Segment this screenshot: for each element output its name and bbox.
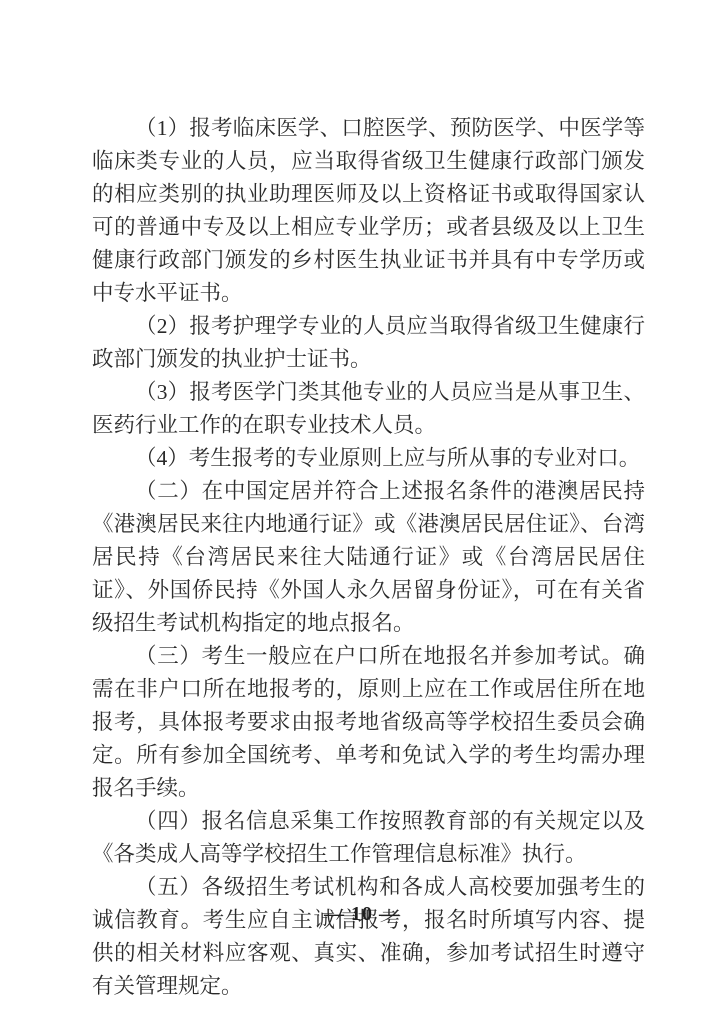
paragraph-item-1: （1）报考临床医学、口腔医学、预防医学、中医学等临床类专业的人员，应当取得省级卫… (92, 112, 645, 310)
document-body: （1）报考临床医学、口腔医学、预防医学、中医学等临床类专业的人员，应当取得省级卫… (92, 112, 645, 1003)
paragraph-section-2: （二）在中国定居并符合上述报名条件的港澳居民持《港澳居民来往内地通行证》或《港澳… (92, 475, 645, 640)
document-page: （1）报考临床医学、口腔医学、预防医学、中医学等临床类专业的人员，应当取得省级卫… (0, 0, 724, 1024)
page-number: — 10 — (0, 900, 724, 928)
paragraph-item-2: （2）报考护理学专业的人员应当取得省级卫生健康行政部门颁发的执业护士证书。 (92, 310, 645, 376)
paragraph-section-5: （五）各级招生考试机构和各成人高校要加强考生的诚信教育。考生应自主诚信报考，报名… (92, 871, 645, 1003)
paragraph-item-4: （4）考生报考的专业原则上应与所从事的专业对口。 (92, 442, 645, 475)
paragraph-section-3: （三）考生一般应在户口所在地报名并参加考试。确需在非户口所在地报考的，原则上应在… (92, 640, 645, 805)
paragraph-section-4: （四）报名信息采集工作按照教育部的有关规定以及《各类成人高等学校招生工作管理信息… (92, 805, 645, 871)
paragraph-item-3: （3）报考医学门类其他专业的人员应当是从事卫生、医药行业工作的在职专业技术人员。 (92, 376, 645, 442)
